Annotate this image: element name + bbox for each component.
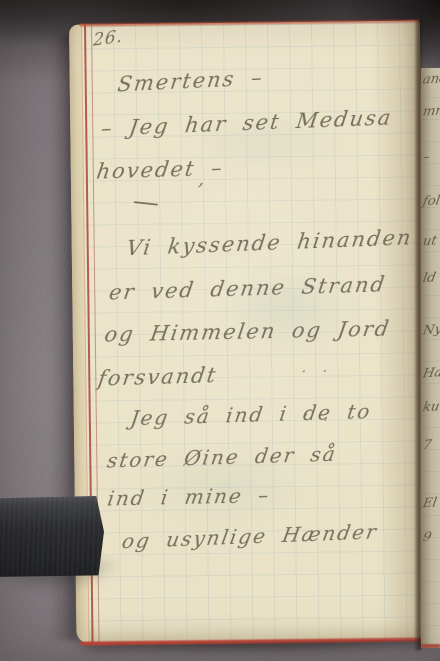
handwritten-line: store Øine der så — [106, 441, 339, 472]
handwritten-line: og Himmelen og Jord — [103, 316, 392, 346]
separator-stroke: — — [130, 186, 164, 219]
notebook-page: 26. Smertens – – Jeg har set Medusa hove… — [69, 20, 428, 643]
handwritten-line: Smertens – — [116, 65, 265, 96]
red-bottom-edge — [80, 637, 429, 645]
handwritten-line: forsvandt — [97, 363, 219, 391]
facing-page-text-fragment: Ny — [422, 322, 440, 338]
red-top-edge — [79, 19, 420, 26]
page-clamp — [0, 496, 104, 577]
handwritten-line: Vi kyssende hinanden — [125, 225, 414, 260]
facing-page-text-fragment: ku — [422, 399, 440, 415]
stray-mark: · ˌ — [302, 406, 332, 424]
facing-page-text-fragment: ld — [422, 271, 437, 287]
facing-page-text-fragment: 7 — [422, 438, 433, 454]
facing-page-text-fragment: fol — [422, 193, 440, 209]
facing-page-text-fragment: and — [421, 71, 440, 88]
facing-page-text-fragment: – — [422, 150, 431, 165]
facing-page-text-fragment: mm — [421, 103, 440, 120]
handwritten-line: – Jeg har set Medusa — [100, 105, 395, 140]
facing-page-text-fragment: ut — [422, 234, 438, 250]
facing-page-text-fragment: El — [422, 496, 439, 512]
facing-page-text-fragment: Ha — [422, 365, 440, 381]
facing-page-text-fragment: 9 — [422, 530, 433, 546]
facing-page-edge: and mm – fol ut ld Ny Ha ku 7 El 9 — [421, 68, 440, 648]
handwritten-line: ind i mine – — [106, 483, 272, 510]
handwritten-line: og usynlige Hænder — [120, 519, 380, 553]
notebook-photo: 26. Smertens – – Jeg har set Medusa hove… — [0, 0, 440, 661]
handwritten-line: Jeg så ind i de to — [129, 399, 373, 430]
stray-mark: · · — [300, 362, 331, 381]
page-number: 26. — [92, 26, 123, 50]
handwritten-line: er ved denne Strand — [108, 272, 388, 304]
